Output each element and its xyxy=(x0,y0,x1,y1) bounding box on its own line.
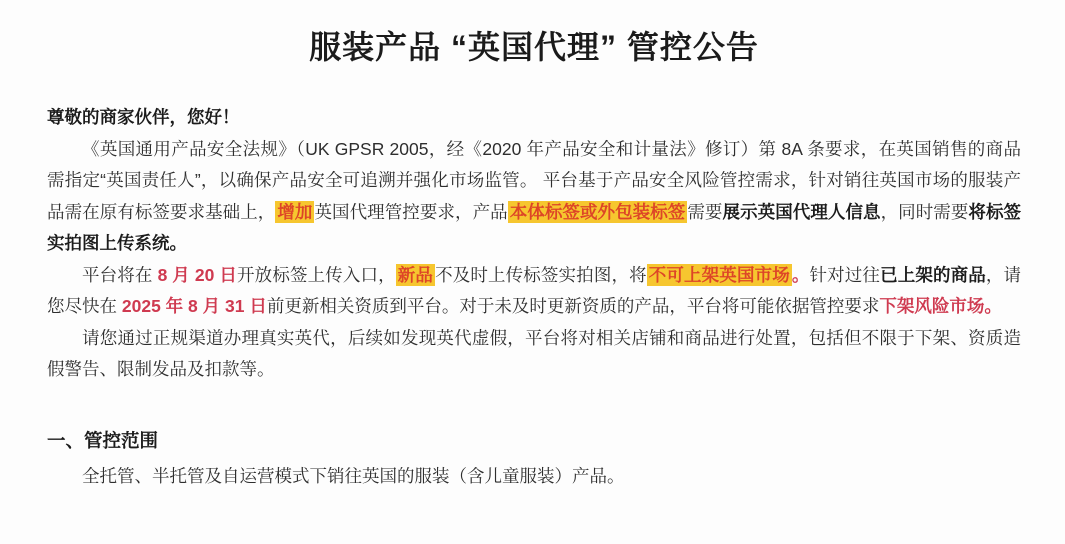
announcement-page: 服装产品 “英国代理” 管控公告 尊敬的商家伙伴，您好！ 《英国通用产品安全法规… xyxy=(0,0,1065,544)
page-title: 服装产品 “英国代理” 管控公告 xyxy=(47,22,1021,68)
greeting-line: 尊敬的商家伙伴，您好！ xyxy=(47,102,1021,134)
announcement-body: 尊敬的商家伙伴，您好！ 《英国通用产品安全法规》（UK GPSR 2005，经《… xyxy=(47,102,1021,493)
section-body-control-scope: 全托管、半托管及自运营模式下销往英国的服装（含儿童服装）产品。 xyxy=(47,461,1021,493)
paragraph-deadlines: 平台将在 8 月 20 日开放标签上传入口，新品不及时上传标签实拍图，将不可上架… xyxy=(47,260,1021,323)
paragraph-penalties: 请您通过正规渠道办理真实英代，后续如发现英代虚假，平台将对相关店铺和商品进行处置… xyxy=(47,323,1021,386)
paragraph-regulation-intro: 《英国通用产品安全法规》（UK GPSR 2005，经《2020 年产品安全和计… xyxy=(47,134,1021,260)
section-heading-control-scope: 一、管控范围 xyxy=(47,426,1021,456)
